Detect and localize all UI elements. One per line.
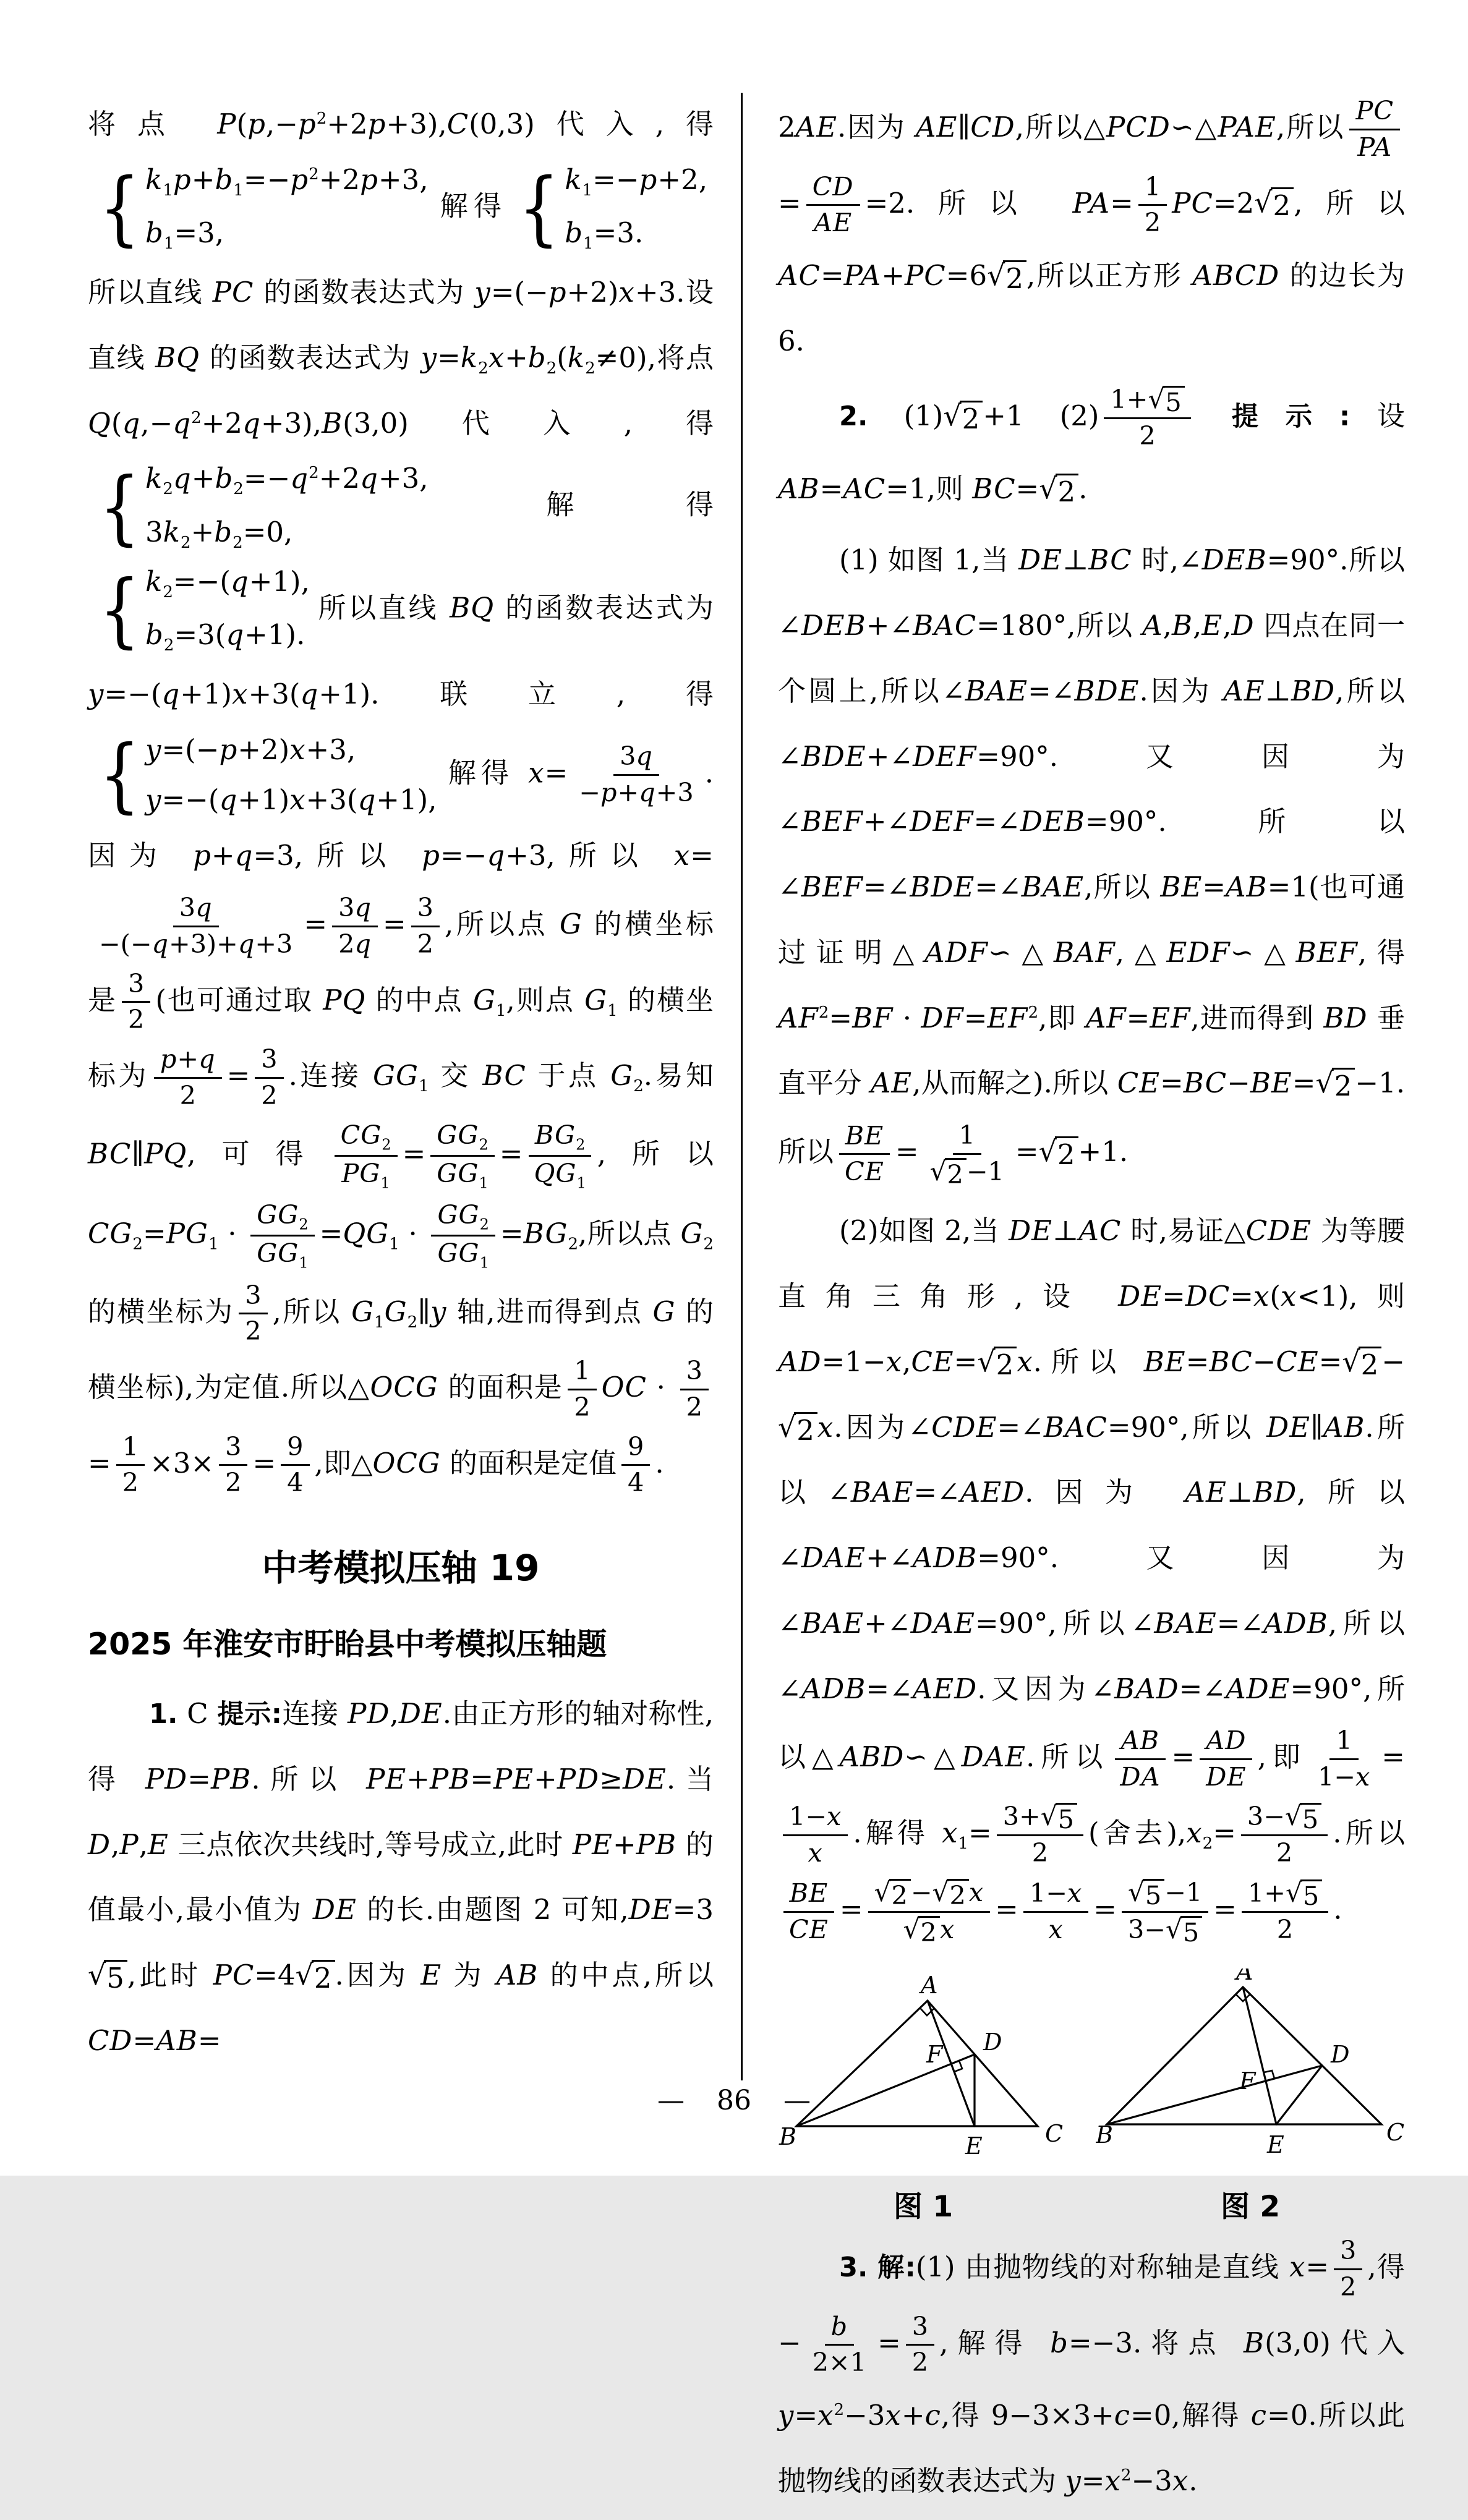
paragraph: 1. C 提示:连接 PD,DE.由正方形的轴对称性,得 PD=PB.所以 PE… bbox=[88, 1681, 714, 2074]
fraction: 94 bbox=[281, 1431, 309, 1500]
fraction: 3+√52 bbox=[997, 1801, 1083, 1870]
fraction: 3−√52 bbox=[1241, 1801, 1328, 1870]
square-root: √5 bbox=[88, 1960, 127, 1993]
fraction: 1+√52 bbox=[1242, 1878, 1328, 1946]
fraction: 11−x bbox=[1312, 1725, 1376, 1794]
figure-1-caption: 图 1 bbox=[894, 2184, 953, 2225]
square-root: √2 bbox=[1254, 187, 1294, 220]
fraction: 3q2q bbox=[332, 892, 378, 961]
fraction: CG2PG1 bbox=[335, 1120, 398, 1193]
fraction: 32 bbox=[122, 968, 150, 1037]
paragraph: (1) 如图 1,当 DE⊥BC 时,∠DEB=90°.所以∠DEB+∠BAC=… bbox=[778, 527, 1405, 1192]
fraction: 12 bbox=[568, 1355, 596, 1424]
fraction: 12 bbox=[1138, 171, 1167, 240]
fraction: 32 bbox=[1334, 2235, 1362, 2304]
right-column: 2AE.因为 AE∥CD,所以△PCD∽△PAE,所以PCPA=CDAE=2.所… bbox=[778, 92, 1405, 2520]
square-root: √2 bbox=[903, 1916, 940, 1946]
fraction: 1−xx bbox=[783, 1801, 848, 1870]
point-label-a: A bbox=[919, 1972, 937, 1999]
fraction: BG2QG1 bbox=[527, 1120, 592, 1193]
fraction: 32 bbox=[906, 2311, 934, 2380]
fraction: 3q−(−q+3)+q+3 bbox=[93, 892, 299, 961]
footer-left-dash: — bbox=[657, 2085, 685, 2116]
left-column: 将点 P(p,−p2+2p+3),C(0,3)代入,得{k1p+b1=−p2+2… bbox=[88, 92, 714, 2080]
fraction: BECE bbox=[783, 1878, 835, 1946]
fraction: 32 bbox=[219, 1431, 247, 1500]
paragraph: 将点 P(p,−p2+2p+3),C(0,3)代入,得{k1p+b1=−p2+2… bbox=[88, 92, 714, 1503]
fraction: √5−13−√5 bbox=[1122, 1877, 1208, 1946]
square-root: √2 bbox=[987, 260, 1026, 293]
square-root: √5 bbox=[1148, 386, 1184, 416]
footer-right-dash: — bbox=[783, 2085, 811, 2116]
fraction: BECE bbox=[839, 1120, 890, 1189]
page-footer: —86— bbox=[0, 2085, 1468, 2116]
point-label-f: F bbox=[926, 2041, 944, 2068]
point-label-e: E bbox=[1266, 2131, 1284, 2158]
point-label-d: D bbox=[983, 2028, 1002, 2056]
square-root: √2 bbox=[1039, 474, 1078, 506]
square-root: √2 bbox=[1039, 1136, 1078, 1169]
fraction: GG2GG1 bbox=[250, 1199, 314, 1272]
point-label-c: C bbox=[1045, 2120, 1063, 2147]
right-column-text-bottom: 3. 解:(1) 由抛物线的对称轴是直线 x=32,得 −b2×1=32,解得 … bbox=[778, 2231, 1405, 2514]
square-root: √5 bbox=[1128, 1879, 1164, 1909]
equation-system: {k2=−(q+1),b2=3(q+1). bbox=[94, 564, 310, 657]
section-heading: 中考模拟压轴 19 bbox=[88, 1539, 714, 1591]
paragraph: 3. 解:(1) 由抛物线的对称轴是直线 x=32,得 −b2×1=32,解得 … bbox=[778, 2231, 1405, 2514]
square-root: √2 bbox=[874, 1879, 911, 1909]
point-label-a: A bbox=[1234, 1969, 1253, 1985]
paragraph: 2AE.因为 AE∥CD,所以△PCD∽△PAE,所以PCPA=CDAE=2.所… bbox=[778, 92, 1405, 374]
fraction: 3q−p+q+3 bbox=[573, 741, 699, 809]
square-root: √2 bbox=[930, 1158, 967, 1188]
fraction: 32 bbox=[255, 1044, 283, 1112]
equation-system: {k2q+b2=−q2+2q+3,3k2+b2=0, bbox=[94, 461, 429, 553]
fraction: 12 bbox=[116, 1431, 145, 1500]
figure-2-caption: 图 2 bbox=[1221, 2184, 1280, 2225]
point-label-b: B bbox=[1096, 2121, 1113, 2148]
figure-1-drawing: A B C D E F bbox=[778, 1969, 1069, 2166]
fraction: b2×1 bbox=[806, 2311, 873, 2380]
fraction: p+q2 bbox=[154, 1044, 222, 1112]
fraction: ADDE bbox=[1200, 1725, 1252, 1794]
square-root: √2 bbox=[1315, 1068, 1355, 1100]
figure-2-drawing: A B C D E F bbox=[1096, 1969, 1405, 2166]
square-root: √2 bbox=[943, 401, 983, 433]
square-root: √5 bbox=[1041, 1803, 1077, 1833]
fraction: GG2GG1 bbox=[431, 1199, 495, 1272]
fraction: 1√2−1 bbox=[924, 1120, 1010, 1188]
subsection-heading: 2025 年淮安市盱眙县中考模拟压轴题 bbox=[88, 1620, 714, 1664]
square-root: √2 bbox=[296, 1960, 335, 1993]
square-root: √5 bbox=[1285, 1803, 1321, 1833]
point-label-c: C bbox=[1386, 2119, 1404, 2146]
fraction: 94 bbox=[621, 1431, 650, 1500]
point-label-b: B bbox=[779, 2123, 796, 2150]
point-label-e: E bbox=[965, 2132, 983, 2160]
fraction: 32 bbox=[411, 892, 440, 961]
fraction: 1+√52 bbox=[1104, 384, 1190, 453]
square-root: √2 bbox=[1342, 1347, 1381, 1379]
fraction: CDAE bbox=[806, 171, 860, 240]
square-root: √2 bbox=[778, 1412, 817, 1445]
square-root: √5 bbox=[1166, 1916, 1202, 1946]
right-angle-mark-a bbox=[1236, 1994, 1250, 2001]
fraction: √2−√2x√2x bbox=[868, 1877, 991, 1946]
column-divider bbox=[741, 93, 743, 2080]
point-label-d: D bbox=[1330, 2041, 1349, 2068]
square-root: √5 bbox=[1286, 1879, 1322, 1910]
fraction: PCPA bbox=[1349, 95, 1400, 164]
fraction: 1−xx bbox=[1023, 1878, 1088, 1946]
equation-system: {y=(−p+2)x+3,y=−(q+1)x+3(q+1), bbox=[94, 732, 437, 819]
equation-system: {k1=−p+2,b1=3. bbox=[513, 162, 707, 255]
page-number: 86 bbox=[717, 2085, 751, 2116]
equation-system: {k1p+b1=−p2+2p+3,b1=3, bbox=[94, 162, 429, 255]
paragraph: (2)如图 2,当 DE⊥AC 时,易证△CDE 为等腰直角三角形,设 DE=D… bbox=[778, 1198, 1405, 1950]
fraction: 32 bbox=[680, 1355, 709, 1424]
square-root: √2 bbox=[932, 1879, 969, 1909]
page: 将点 P(p,−p2+2p+3),C(0,3)代入,得{k1p+b1=−p2+2… bbox=[0, 0, 1468, 2176]
right-column-text-top: 2AE.因为 AE∥CD,所以△PCD∽△PAE,所以PCPA=CDAE=2.所… bbox=[778, 92, 1405, 1950]
fraction: 32 bbox=[239, 1280, 267, 1348]
fraction: ABDA bbox=[1114, 1725, 1166, 1794]
fraction: GG2GG1 bbox=[430, 1120, 494, 1193]
square-root: √2 bbox=[977, 1347, 1017, 1379]
paragraph: 2. (1)√2+1 (2)1+√52 提示:设 AB=AC=1,则 BC=√2… bbox=[778, 380, 1405, 522]
